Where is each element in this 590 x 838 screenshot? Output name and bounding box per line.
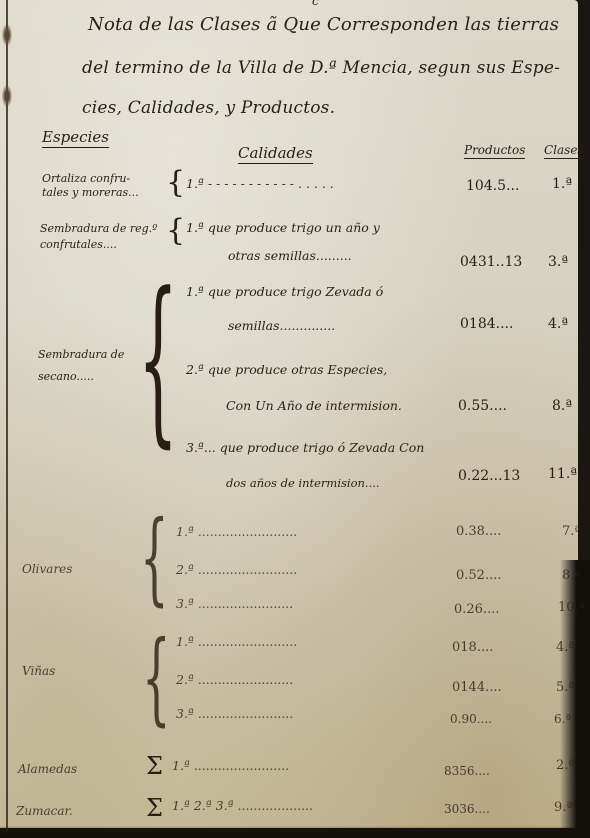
quality-entry: 3.ª ........................ xyxy=(176,706,293,721)
binding-knot xyxy=(2,24,12,46)
large-brace-icon: { xyxy=(138,270,178,450)
class-value: 5.ª xyxy=(556,680,575,695)
class-value: 1.ª xyxy=(552,176,572,192)
product-value: 8356.... xyxy=(444,764,490,778)
binding-thread xyxy=(6,0,8,838)
species-sembradura-regadio-line2: confrutales.... xyxy=(40,238,117,252)
quality-entry: 2.ª ......................... xyxy=(176,562,297,577)
species-sembradura-secano-line1: Sembradura de xyxy=(38,348,124,362)
product-value: 0.52.... xyxy=(456,568,501,583)
quality-entry: 1.ª que produce trigo un año y xyxy=(186,220,380,235)
binding-knot xyxy=(2,85,12,107)
class-value: 8.ª xyxy=(562,568,581,583)
quality-entry: 1.ª ......................... xyxy=(176,524,297,539)
product-value: 0.55.... xyxy=(458,398,507,414)
class-value: 4.ª xyxy=(556,640,575,655)
species-sembradura-regadio-line1: Sembradura de reg.º xyxy=(40,222,157,236)
product-value: 018.... xyxy=(452,640,493,655)
quality-entry: 2.ª ........................ xyxy=(176,672,293,687)
title-line-3: cies, Calidades, y Productos. xyxy=(82,98,335,118)
class-value: 8.ª xyxy=(552,398,572,414)
header-qualities: Calidades xyxy=(238,144,313,164)
title-line-2: del termino de la Villa de D.ª Mencia, s… xyxy=(82,58,560,78)
page-shadow-bottom xyxy=(0,826,590,838)
product-value: 0144.... xyxy=(452,680,502,695)
species-ortaliza-line1: Ortaliza confru- xyxy=(42,172,130,186)
quality-entry: 1.ª ........................ xyxy=(172,758,289,773)
class-value: 11.ª xyxy=(548,466,577,482)
brace-icon: { xyxy=(166,216,185,246)
product-value: 0184.... xyxy=(460,316,513,332)
brace-icon: { xyxy=(140,508,169,608)
species-olivares: Olivares xyxy=(22,562,72,576)
class-value: 2.ª xyxy=(556,758,575,773)
quality-entry: 1.ª 2.ª 3.ª ................... xyxy=(172,798,313,813)
species-vinas: Viñas xyxy=(22,664,55,678)
class-value: 4.ª xyxy=(548,316,568,332)
product-value: 0.26.... xyxy=(454,602,499,617)
species-alamedas: Alamedas xyxy=(18,762,77,776)
quality-entry-continued: otras semillas......... xyxy=(228,248,352,263)
species-sembradura-secano-line2: secano..... xyxy=(38,370,94,384)
sigma-brace-icon: Σ xyxy=(146,796,163,820)
header-products: Productos xyxy=(464,143,525,159)
header-classes: Clases xyxy=(544,143,584,159)
brace-icon: { xyxy=(166,168,185,198)
species-zumacar: Zumacar. xyxy=(16,804,73,818)
sigma-brace-icon: Σ xyxy=(146,754,163,778)
quality-entry: 1.ª - - - - - - - - - - - . . . . . xyxy=(186,176,334,191)
manuscript-page xyxy=(0,0,578,828)
quality-entry: 2.ª que produce otras Especies, xyxy=(186,362,387,377)
brace-icon: { xyxy=(142,628,171,728)
quality-entry-continued: Con Un Año de intermision. xyxy=(226,398,402,413)
product-value: 0.38.... xyxy=(456,524,501,539)
quality-entry-continued: semillas.............. xyxy=(228,318,335,333)
product-value: 3036.... xyxy=(444,802,490,816)
class-value: 9.ª xyxy=(554,800,573,815)
title-line-1: Nota de las Clases ã Que Corresponden la… xyxy=(88,14,559,35)
product-value: 104.5... xyxy=(466,178,519,194)
product-value: 0.22...13 xyxy=(458,468,520,484)
quality-entry: 3.ª ........................ xyxy=(176,596,293,611)
header-species: Especies xyxy=(42,128,109,148)
page-mark: c xyxy=(312,0,319,8)
quality-entry: 3.ª... que produce trigo ó Zevada Con xyxy=(186,440,424,455)
product-value: 0431..13 xyxy=(460,254,522,270)
quality-entry-continued: dos años de intermision.... xyxy=(226,476,380,490)
species-ortaliza-line2: tales y moreras... xyxy=(42,186,139,200)
product-value: 0.90.... xyxy=(450,712,492,726)
quality-entry: 1.ª que produce trigo Zevada ó xyxy=(186,284,383,299)
class-value: 10.ª xyxy=(558,600,585,615)
class-value: 7.ª xyxy=(562,524,581,539)
quality-entry: 1.ª ......................... xyxy=(176,634,297,649)
class-value: 6.ª xyxy=(554,712,571,726)
class-value: 3.ª xyxy=(548,254,568,270)
